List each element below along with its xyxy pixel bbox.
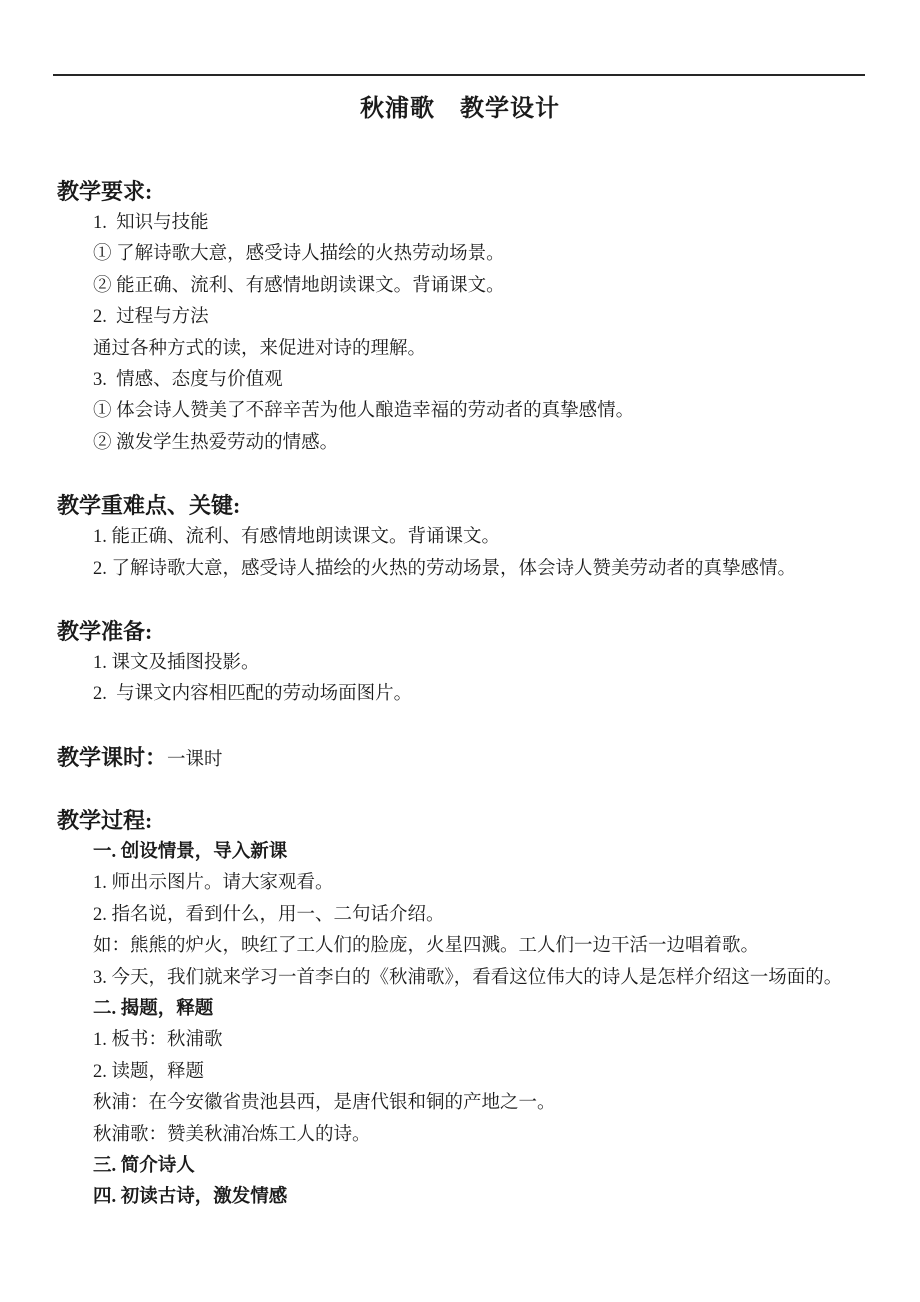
doc-line: 1. 能正确、流利、有感情地朗读课文。背诵课文。	[93, 522, 920, 553]
doc-line: 三. 简介诗人	[93, 1151, 920, 1182]
doc-line: 秋浦：在今安徽省贵池县西，是唐代银和铜的产地之一。	[93, 1088, 920, 1119]
section-heading: 教学重难点、关键:	[57, 490, 920, 522]
section-heading: 教学准备:	[57, 616, 920, 648]
doc-line: 3. 情感、态度与价值观	[93, 365, 920, 396]
doc-line: ① 了解诗歌大意，感受诗人描绘的火热劳动场景。	[93, 239, 920, 270]
doc-line: 1. 知识与技能	[93, 208, 920, 239]
doc-line: 一. 创设情景，导入新课	[93, 837, 920, 868]
document-body: 教学要求:1. 知识与技能① 了解诗歌大意，感受诗人描绘的火热劳动场景。② 能正…	[0, 176, 920, 1214]
doc-line: 通过各种方式的读，来促进对诗的理解。	[93, 334, 920, 365]
doc-line: 二. 揭题，释题	[93, 994, 920, 1025]
doc-line: 2. 了解诗歌大意，感受诗人描绘的火热的劳动场景，体会诗人赞美劳动者的真挚感情。	[93, 554, 920, 585]
document-page: 秋浦歌 教学设计 教学要求:1. 知识与技能① 了解诗歌大意，感受诗人描绘的火热…	[0, 0, 920, 1302]
doc-line: 2. 读题，释题	[93, 1057, 920, 1088]
section-heading: 教学要求:	[57, 176, 920, 208]
section-heading: 教学过程:	[57, 805, 920, 837]
doc-line: ② 激发学生热爱劳动的情感。	[93, 428, 920, 459]
header-rule	[53, 74, 865, 76]
doc-line: 1. 板书：秋浦歌	[93, 1025, 920, 1056]
doc-line: 1. 课文及插图投影。	[93, 648, 920, 679]
doc-line: 秋浦歌：赞美秋浦冶炼工人的诗。	[93, 1120, 920, 1151]
doc-line: 3. 今天，我们就来学习一首李白的《秋浦歌》，看看这位伟大的诗人是怎样介绍这一场…	[93, 963, 920, 994]
doc-line: 2. 过程与方法	[93, 302, 920, 333]
doc-line: 四. 初读古诗，激发情感	[93, 1182, 920, 1213]
section-heading: 教学课时：一课时	[57, 742, 920, 774]
doc-line: 2. 指名说，看到什么，用一、二句话介绍。	[93, 900, 920, 931]
doc-line: ① 体会诗人赞美了不辞辛苦为他人酿造幸福的劳动者的真挚感情。	[93, 396, 920, 427]
section-heading-label: 教学课时：	[57, 745, 167, 770]
doc-line: 2. 与课文内容相匹配的劳动场面图片。	[93, 679, 920, 710]
page-title: 秋浦歌 教学设计	[0, 88, 920, 123]
section-heading-value: 一课时	[167, 750, 223, 770]
doc-line: 如：熊熊的炉火，映红了工人们的脸庞，火星四溅。工人们一边干活一边唱着歌。	[93, 931, 920, 962]
doc-line: ② 能正确、流利、有感情地朗读课文。背诵课文。	[93, 271, 920, 302]
doc-line: 1. 师出示图片。请大家观看。	[93, 868, 920, 899]
